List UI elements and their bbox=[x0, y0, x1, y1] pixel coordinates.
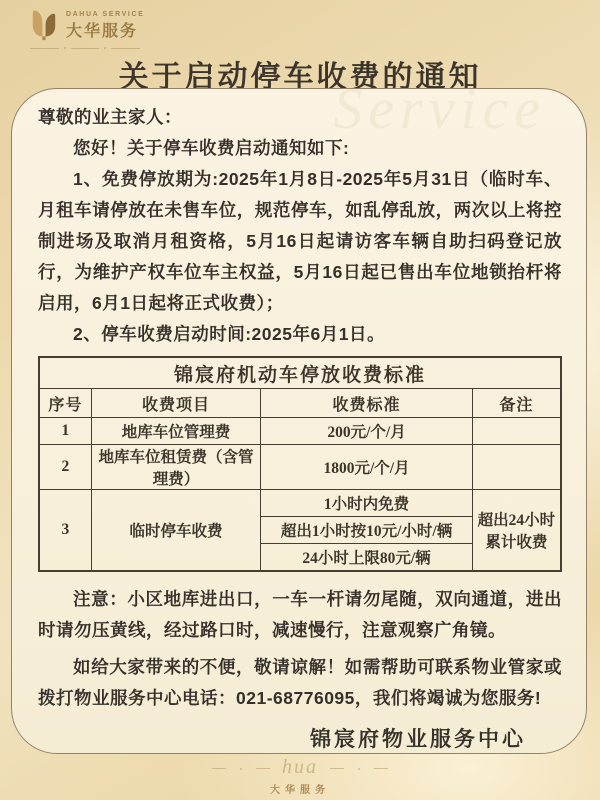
table-row: 2 地库车位租赁费（含管理费） 1800元/个/月 bbox=[39, 445, 561, 490]
brand-name-zh: 大华服务 bbox=[66, 18, 144, 41]
cell-item: 地库车位租赁费（含管理费） bbox=[91, 445, 261, 490]
salutation: 尊敬的业主家人： bbox=[38, 102, 562, 133]
col-header-item: 收费项目 bbox=[91, 389, 261, 418]
brand-name-en: DAHUA SERVICE bbox=[66, 11, 144, 18]
cell-item: 地库车位管理费 bbox=[91, 418, 261, 445]
col-header-no: 序号 bbox=[39, 389, 91, 418]
apology-paragraph: 如给大家带来的不便，敬请谅解！如需帮助可联系物业管家或拨打物业服务中心电话：02… bbox=[38, 652, 562, 714]
caution-paragraph: 注意：小区地库进出口，一车一杆请勿尾随，双向通道，进出时请勿压黄线，经过路口时，… bbox=[38, 584, 562, 646]
brand-logo: DAHUA SERVICE 大华服务 bbox=[28, 9, 144, 43]
table-header-row: 序号 收费项目 收费标准 备注 bbox=[39, 389, 561, 418]
col-header-standard: 收费标准 bbox=[261, 389, 472, 418]
cell-no: 3 bbox=[39, 490, 91, 572]
footer-brand-text: 大华服务 bbox=[0, 781, 600, 796]
notice-item-1: 1、免费停放期为:2025年1月8日-2025年5月31日（临时车、月租车请停放… bbox=[38, 164, 562, 319]
footer-left-ornament bbox=[212, 768, 270, 770]
brand-tagline-divider bbox=[30, 47, 140, 49]
footer-script-text: hua bbox=[282, 756, 318, 778]
cell-remark bbox=[472, 418, 561, 445]
cell-no: 2 bbox=[39, 445, 91, 490]
cell-remark: 超出24小时累计收费 bbox=[472, 490, 561, 572]
notice-card: Service 尊敬的业主家人： 您好！关于停车收费启动通知如下: 1、免费停放… bbox=[11, 88, 587, 754]
notice-body: 尊敬的业主家人： 您好！关于停车收费启动通知如下: 1、免费停放期为:2025年… bbox=[12, 89, 586, 754]
cell-standard: 24小时上限80元/辆 bbox=[261, 544, 472, 572]
dahua-leaf-icon bbox=[28, 9, 60, 43]
cell-standard: 1800元/个/月 bbox=[261, 445, 472, 490]
table-row: 3 临时停车收费 1小时内免费 超出24小时累计收费 bbox=[39, 490, 561, 517]
cell-no: 1 bbox=[39, 418, 91, 445]
cell-remark bbox=[472, 445, 561, 490]
col-header-remark: 备注 bbox=[472, 389, 561, 418]
table-title: 锦宸府机动车停放收费标准 bbox=[39, 357, 561, 389]
cell-item: 临时停车收费 bbox=[91, 490, 261, 572]
signature: 锦宸府物业服务中心 bbox=[38, 724, 526, 754]
cell-standard: 200元/个/月 bbox=[261, 418, 472, 445]
footer-right-ornament bbox=[330, 768, 388, 770]
parking-fee-table: 锦宸府机动车停放收费标准 序号 收费项目 收费标准 备注 1 地库车位管理费 2… bbox=[38, 356, 562, 572]
cell-standard: 超出1小时按10元/小时/辆 bbox=[261, 517, 472, 544]
cell-standard: 1小时内免费 bbox=[261, 490, 472, 517]
table-row: 1 地库车位管理费 200元/个/月 bbox=[39, 418, 561, 445]
intro-line: 您好！关于停车收费启动通知如下: bbox=[38, 133, 562, 164]
notice-item-2: 2、停车收费启动时间:2025年6月1日。 bbox=[38, 319, 562, 350]
page-footer: hua 大华服务 bbox=[0, 758, 600, 796]
